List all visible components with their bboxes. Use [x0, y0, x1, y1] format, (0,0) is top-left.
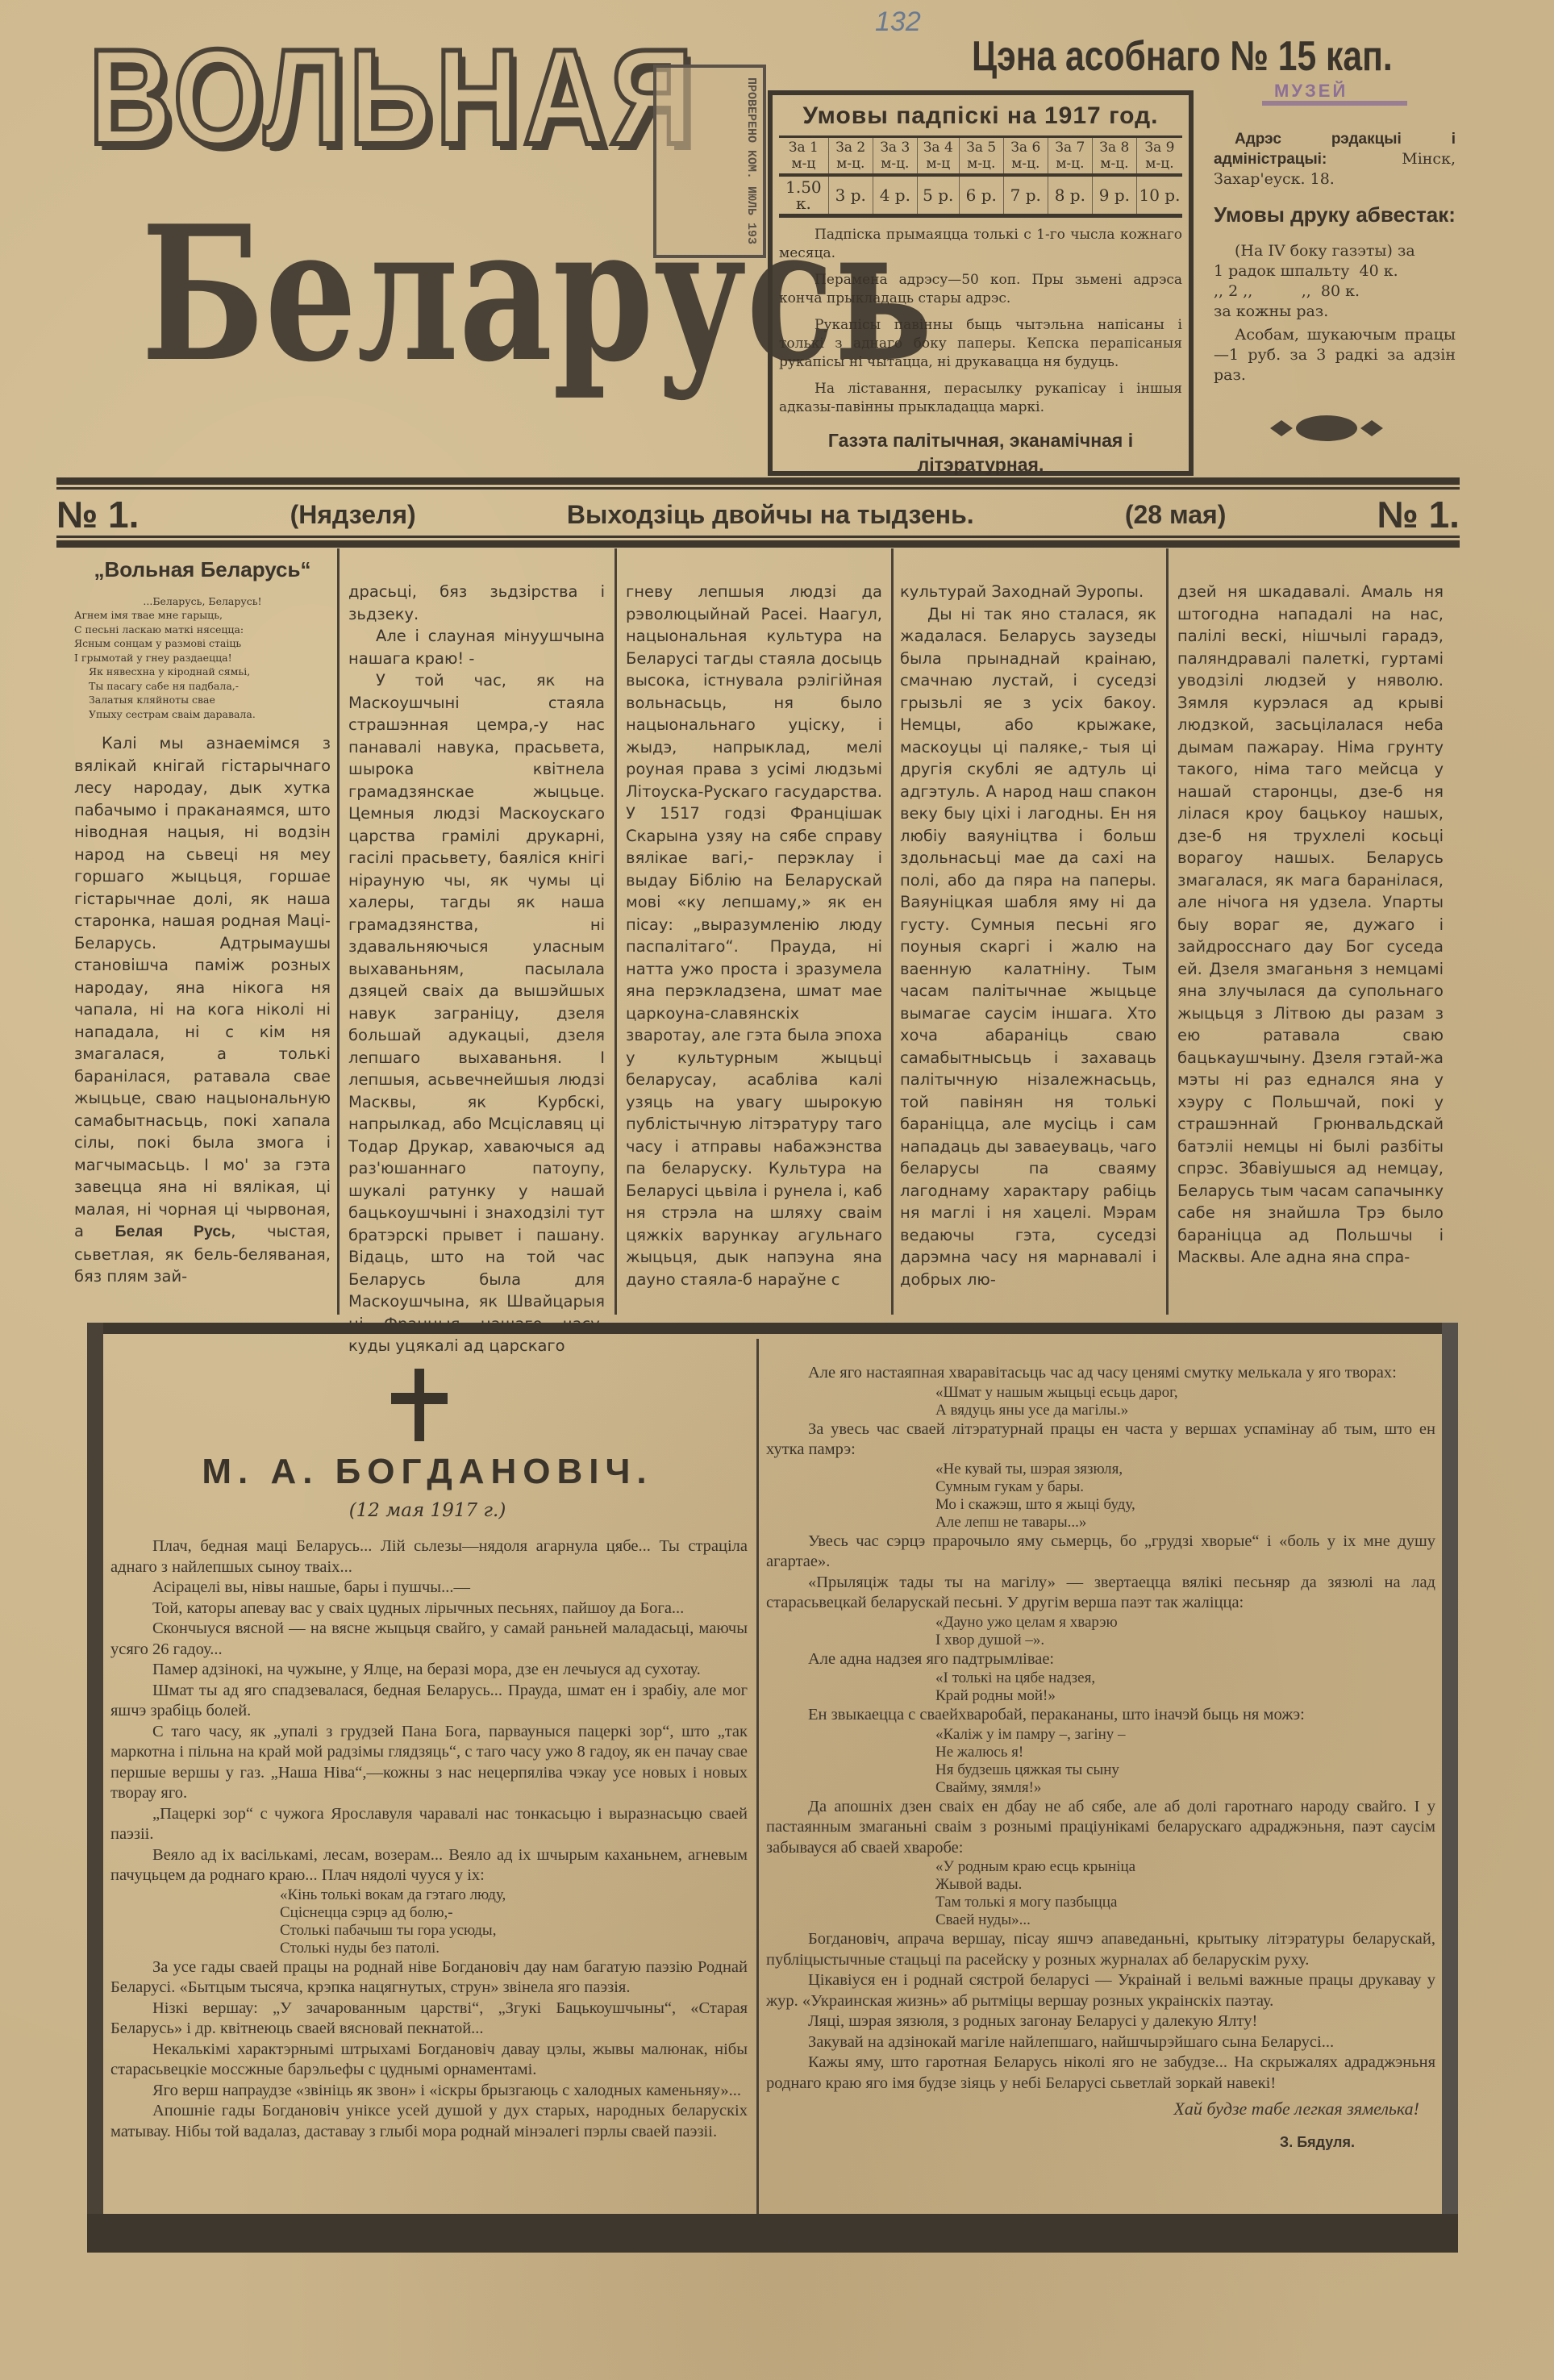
bold-phrase: Белая Русь	[115, 1223, 231, 1240]
epigraph-line: Залатыя кляйноты свае	[74, 693, 331, 707]
museum-stamp-underline	[1262, 101, 1407, 106]
poem-quote: «І толькі на цябе надзея, Край родны мой…	[766, 1669, 1435, 1705]
obituary-paragraph: „Пацеркі зор“ с чужога Ярославуля чарава…	[110, 1804, 748, 1845]
verse-line: Але лепш не тавары...»	[935, 1514, 1435, 1532]
obituary-paragraph: Апошніе гады Богдановіч уніксе усей душо…	[110, 2101, 748, 2142]
paragraph-text: Калі мы азнаемімся з вялікай кнігай гіст…	[74, 734, 331, 1240]
author-signature: З. Бядуля.	[766, 2132, 1435, 2153]
epigraph-line: С песьні ласкаю маткі нясецца:	[74, 623, 331, 637]
obituary-border-top	[87, 1323, 1458, 1334]
verse-line: Мо і скажэш, што я жыці буду,	[935, 1496, 1435, 1514]
verse-line: «І толькі на цябе надзея,	[935, 1669, 1435, 1687]
farewell-line: Хай будзе табе легкая зямелька!	[766, 2099, 1435, 2119]
verse-line: А вядуць яны усе да магілы.»	[935, 1402, 1435, 1419]
price-row: 1.50 к. 3 р. 4 р. 5 р. 6 р. 7 р. 8 р. 9 …	[779, 175, 1182, 216]
archive-stamp-text: ПРОВЕРЕНО КОМ. ИЮЛЬ 193	[744, 77, 758, 244]
obituary-column-left: Плач, бедная маці Беларусь... Лій сьлезы…	[110, 1536, 748, 2142]
museum-stamp-text: МУЗЕЙ	[1274, 81, 1348, 101]
epigraph-line: І грымотай у гнеу раздаецца!	[74, 651, 331, 665]
issue-bar-top-rule	[56, 477, 1460, 490]
column-divider	[337, 548, 340, 1315]
editorial-info: Адрэс рэдакцыі і адміністрацыі: Мінск, З…	[1214, 129, 1456, 386]
obituary-paragraph: Яго верш напраудзе «звініць як звон» і «…	[110, 2081, 748, 2102]
period-cell: За 6 м-ц.	[1003, 137, 1048, 176]
period-cell: За 7 м-ц.	[1048, 137, 1092, 176]
subscription-box: Умовы падпіскі на 1917 год. За 1 м-ц За …	[768, 90, 1194, 476]
price-cell: 7 р.	[1003, 175, 1048, 216]
poem-quote: «Не кувай ты, шэрая зязюля, Сумным гукам…	[766, 1461, 1435, 1532]
subscription-note: На ліставання, перасылку рукапісау і інш…	[779, 380, 1182, 417]
obituary-paragraph: Шмат ты ад яго спадзевалася, бедная Бела…	[110, 1681, 748, 1722]
poem-quote: «У родным краю есць крыніца Жывой вады. …	[766, 1858, 1435, 1929]
period-cell: За 3 м-ц.	[873, 137, 917, 176]
verse-line: Не жалюсь я!	[935, 1744, 1435, 1761]
article-paragraph: У той час, як на Маскоушчыні стаяла стра…	[348, 669, 605, 1357]
price-cell: 10 р.	[1136, 175, 1182, 216]
issue-number-right: № 1.	[1377, 493, 1460, 536]
price-cell: 6 р.	[959, 175, 1003, 216]
article-paragraph: Але і слауная мінуушчына нашага краю! -	[348, 625, 605, 669]
verse-line: Там толькі я могу пазбыцца	[935, 1894, 1435, 1911]
obituary-column-divider	[756, 1339, 759, 2214]
article-column-1: „Вольная Беларусь“ ...Беларусь, Беларусь…	[74, 544, 331, 1288]
verse-line: Край родны мой!»	[935, 1687, 1435, 1705]
column-divider	[891, 548, 894, 1315]
subscription-note: Рукапісы павінны быць чытэльна напісаны …	[779, 316, 1182, 372]
ads-line: ,, 2 ,, ,, 80 к.	[1214, 281, 1456, 302]
verse-line: «У родным краю есць крыніца	[935, 1858, 1435, 1876]
obituary-paragraph: Кажы яму, што гаротная Беларусь ніколі я…	[766, 2053, 1435, 2094]
article-paragraph: дзей ня шкадавалі. Амаль ня штогодна нап…	[1177, 581, 1444, 1269]
price-cell: 4 р.	[873, 175, 917, 216]
verse-line: Сумным гукам у бары.	[935, 1478, 1435, 1496]
price-cell: 5 р.	[917, 175, 959, 216]
verse-line: Свайму, зямля!»	[935, 1779, 1435, 1797]
price-cell: 9 р.	[1092, 175, 1136, 216]
job-seekers-rate: Асобам, шукаючым працы—1 руб. за 3 радкі…	[1214, 325, 1456, 386]
issue-day: (Нядзеля)	[290, 500, 416, 530]
verse-line: Столькі пабачыш ты гора усюды,	[280, 1922, 748, 1940]
museum-stamp: МУЗЕЙ	[1274, 81, 1348, 102]
issue-number-left: № 1.	[56, 493, 139, 536]
epigraph: ...Беларусь, Беларусь! Агнем імя твае мн…	[74, 594, 331, 722]
obituary-paragraph: Але адна надзея яго падтрымлівае:	[766, 1649, 1435, 1670]
obituary-paragraph: Скончыуся вясной — на вясне жыцьця свайг…	[110, 1619, 748, 1660]
article-paragraph: Ды ні так яно сталася, як жадалася. Бела…	[900, 603, 1156, 1291]
poem-quote: «Каліж у ім памру –, загіну – Не жалюсь …	[766, 1726, 1435, 1797]
obituary-paragraph: С таго часу, як „упалі з грудзей Пана Бо…	[110, 1722, 748, 1804]
subscription-note: Падпіска прымаяцца толькі с 1-го чысла к…	[779, 226, 1182, 263]
single-issue-price: Цэна асобнаго № 15 кап.	[972, 32, 1393, 81]
obituary-paragraph: «Прыляціж тады ты на магілу» — звертаецц…	[766, 1573, 1435, 1614]
period-cell: За 2 м-ц.	[828, 137, 873, 176]
obituary-paragraph: Ен звыкаецца с сваейхваробай, перакананы…	[766, 1705, 1435, 1726]
epigraph-line: Ты пасагу сабе ня падбала,-	[74, 679, 331, 694]
epigraph-line: Агнем імя твае мне гарыць,	[74, 608, 331, 623]
verse-line: Сціснецца сэрцэ ад болю,-	[280, 1904, 748, 1922]
verse-line: Сваей нуды»...	[935, 1911, 1435, 1929]
verse-line: «Не кувай ты, шэрая зязюля,	[935, 1461, 1435, 1478]
price-cell: 3 р.	[828, 175, 873, 216]
masthead-title-line1: ВОЛЬНАЯ	[89, 16, 582, 177]
obituary-paragraph: Богдановіч, апрача вершау, пісау яшчэ ап…	[766, 1929, 1435, 1970]
newspaper-tagline: Газэта палітычная, эканамічная і літэрат…	[779, 428, 1182, 477]
ads-line: за кожны раз.	[1214, 302, 1456, 322]
verse-line: «Дауно ужо целам я хварэю	[935, 1614, 1435, 1632]
obituary-border-left	[87, 1323, 103, 2226]
obituary-paragraph: За усе гады сваей працы на роднай ніве Б…	[110, 1957, 748, 1999]
obituary-paragraph: Некалькімі характэрнымі штрыхамі Богдано…	[110, 2040, 748, 2081]
poem-quote: «Шмат у нашым жыцьці есьць дарог, А вяду…	[766, 1384, 1435, 1419]
epigraph-line: Упыху сестрам сваім даравала.	[74, 707, 331, 722]
verse-line: «Шмат у нашым жыцьці есьць дарог,	[935, 1384, 1435, 1402]
price-cell: 1.50 к.	[779, 175, 828, 216]
cross-icon	[391, 1369, 448, 1441]
obituary-border-bottom	[87, 2214, 1458, 2253]
article-paragraph: культурай Заходнай Эуропы.	[900, 581, 1156, 603]
obituary-paragraph: Да апошніх дзен сваіх ен дбау не аб сябе…	[766, 1797, 1435, 1859]
subscription-heading: Умовы падпіскі на 1917 год.	[779, 100, 1182, 132]
obituary-column-right: Але яго настаяпная хваравітасьць час ад …	[766, 1363, 1435, 2153]
period-row: За 1 м-ц За 2 м-ц. За 3 м-ц. За 4 м-ц За…	[779, 137, 1182, 176]
obituary-date: (12 мая 1917 г.)	[105, 1500, 750, 1521]
article-title: „Вольная Беларусь“	[74, 559, 331, 581]
obituary-paragraph: Веяло ад іх васількамі, лесам, возерам..…	[110, 1845, 748, 1886]
article-paragraph: драсьці, бяз зьдзірства і зьдзеку.	[348, 581, 605, 625]
article-column-3: гневу лепшыя людзі да рэволюцыйнай Расеі…	[626, 581, 882, 1290]
column-divider	[1166, 548, 1169, 1315]
period-cell: За 8 м-ц.	[1092, 137, 1136, 176]
obituary-paragraph: Той, каторы апевау вас у сваіх цудных лі…	[110, 1598, 748, 1619]
verse-line: Ня будзешь цяжкая ты сыну	[935, 1761, 1435, 1779]
epigraph-line: ...Беларусь, Беларусь!	[74, 594, 331, 609]
masthead-title-line2: Беларусь	[141, 173, 619, 440]
article-column-2: драсьці, бяз зьдзірства і зьдзеку. Але і…	[348, 581, 605, 1357]
archive-number: 132	[875, 6, 921, 38]
obituary-paragraph: Увесь час сэрцэ прарочыло яму сьмерць, б…	[766, 1532, 1435, 1573]
obituary-paragraph: Закувай на адзінокай магіле найлепшаго, …	[766, 2032, 1435, 2053]
article-column-5: дзей ня шкадавалі. Амаль ня штогодна нап…	[1177, 581, 1444, 1269]
article-paragraph: Калі мы азнаемімся з вялікай кнігай гіст…	[74, 732, 331, 1288]
period-cell: За 5 м-ц.	[959, 137, 1003, 176]
archive-stamp: ПРОВЕРЕНО КОМ. ИЮЛЬ 193	[653, 65, 766, 258]
ads-line: 1 радок шпальту 40 к.	[1214, 261, 1456, 281]
issue-date: (28 мая)	[1125, 500, 1227, 530]
ornament-icon	[1270, 414, 1383, 443]
obituary-name: М. А. БОГДАНОВІЧ.	[105, 1452, 750, 1492]
epigraph-line: Як нявесхна у кіроднай сямьі,	[74, 665, 331, 679]
obituary-paragraph: Памер адзінокі, на чужыне, у Ялце, на бе…	[110, 1660, 748, 1681]
column-divider	[615, 548, 617, 1315]
obituary-paragraph: Цікавіуся ен і роднай сястрой беларусі —…	[766, 1970, 1435, 2011]
subscription-price-table: За 1 м-ц За 2 м-ц. За 3 м-ц. За 4 м-ц За…	[779, 135, 1182, 218]
obituary-paragraph: Але яго настаяпная хваравітасьць час ад …	[766, 1363, 1435, 1384]
issue-frequency: Выходзіць двойчы на тыдзень.	[567, 500, 974, 530]
verse-line: Столькі нуды без патолі.	[280, 1940, 748, 1957]
period-cell: За 4 м-ц	[917, 137, 959, 176]
period-cell: За 9 м-ц.	[1136, 137, 1182, 176]
obituary-border-right	[1442, 1323, 1458, 2226]
epigraph-line: Ясным сонцам у размові стаіць	[74, 636, 331, 651]
obituary-paragraph: За увесь час сваей літэратурнай працы ен…	[766, 1419, 1435, 1461]
price-cell: 8 р.	[1048, 175, 1092, 216]
poem-quote: «Дауно ужо целам я хварэю І хвор душой –…	[766, 1614, 1435, 1649]
issue-bar: № 1. (Нядзеля) Выходзіць двойчы на тыдзе…	[56, 492, 1460, 537]
article-column-4: культурай Заходнай Эуропы. Ды ні так яно…	[900, 581, 1156, 1290]
obituary-paragraph: Плач, бедная маці Беларусь... Лій сьлезы…	[110, 1536, 748, 1578]
obituary-paragraph: Нізкі вершау: „У зачарованным царстві“, …	[110, 1999, 748, 2040]
verse-line: Жывой вады.	[935, 1876, 1435, 1894]
article-paragraph: гневу лепшыя людзі да рэволюцыйнай Расеі…	[626, 581, 882, 1290]
period-cell: За 1 м-ц	[779, 137, 828, 176]
poem-quote: «Кінь толькі вокам да гэтаго люду, Сцісн…	[110, 1886, 748, 1957]
obituary-paragraph: Ляці, шэрая зязюля, з родных загонау Бел…	[766, 2011, 1435, 2032]
verse-line: І хвор душой –».	[935, 1632, 1435, 1649]
verse-line: «Каліж у ім памру –, загіну –	[935, 1726, 1435, 1744]
ads-heading: Умовы друку абвестак:	[1214, 202, 1456, 227]
subscription-note: Перамена адрэсу—50 коп. Пры зьмені адрэс…	[779, 271, 1182, 308]
obituary-paragraph: Асірацелі вы, нівы нашые, бары і пушчы..…	[110, 1578, 748, 1598]
ads-line: (На IV боку газэты) за	[1214, 241, 1456, 261]
verse-line: «Кінь толькі вокам да гэтаго люду,	[280, 1886, 748, 1904]
